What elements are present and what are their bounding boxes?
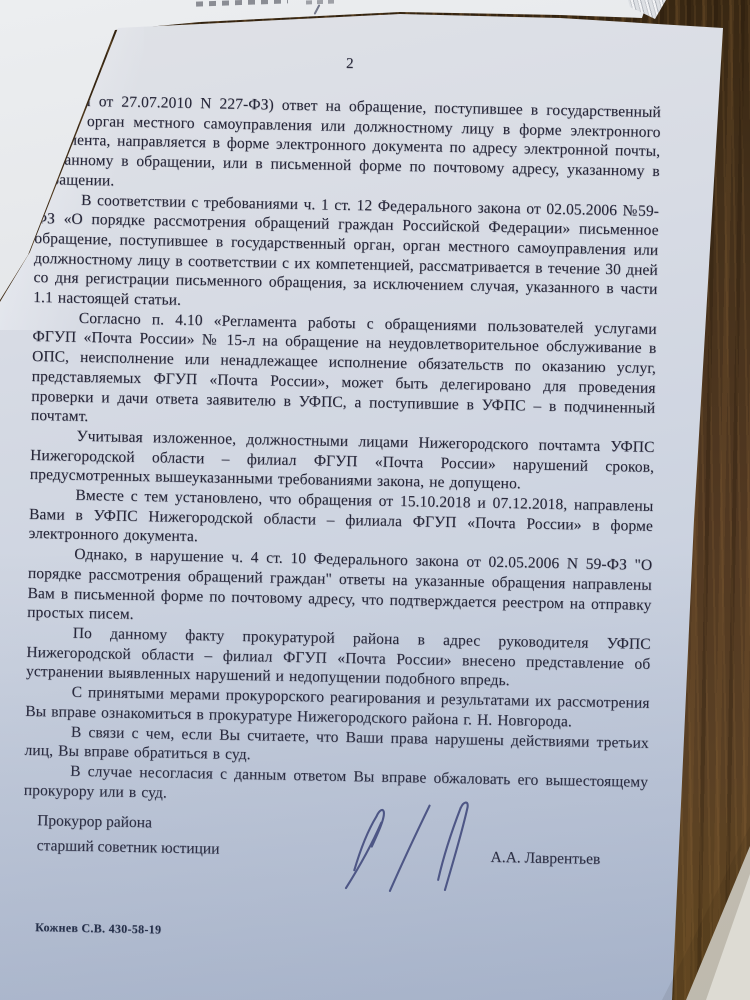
paragraph-8: С принятыми мерами прокурорского реагиро…	[25, 682, 650, 733]
document-text-layer: 2 законом от 27.07.2010 N 227-ФЗ) ответ …	[21, 50, 662, 947]
photo-scene: 2 законом от 27.07.2010 N 227-ФЗ) ответ …	[0, 0, 750, 1000]
cutoff-text-fragment	[196, 0, 288, 7]
paragraph-6: Однако, в нарушение ч. 4 ст. 10 Федераль…	[27, 544, 652, 635]
page-number: 2	[38, 50, 662, 79]
paragraph-10: В случае несогласия с данным ответом Вы …	[24, 761, 649, 812]
handwritten-signature	[340, 792, 502, 913]
signer-name: А.А. Лаврентьев	[490, 849, 600, 869]
paragraph-9: В связи с чем, если Вы считаете, что Ваш…	[24, 721, 649, 772]
paragraph-2: В соответствии с требованиями ч. 1 ст. 1…	[33, 189, 659, 319]
cutoff-text-fragment	[306, 0, 336, 5]
pen-stray-mark	[314, 4, 321, 15]
document-page: 2 законом от 27.07.2010 N 227-ФЗ) ответ …	[0, 0, 750, 1000]
paragraphs: законом от 27.07.2010 N 227-ФЗ) ответ на…	[24, 91, 662, 812]
paragraph-5: Вместе с тем установлено, что обращения …	[29, 485, 654, 556]
signature-block: Прокурор района старший советник юстиции…	[22, 812, 648, 920]
executor-footer: Кожнев С.В. 430-58-19	[35, 920, 645, 947]
paragraph-7: По данному факту прокуратурой района в а…	[26, 623, 651, 694]
paragraph-1: законом от 27.07.2010 N 227-ФЗ) ответ на…	[35, 91, 661, 201]
paragraph-4: Учитывая изложенное, должностными лицами…	[30, 426, 655, 497]
signer-position-line1: Прокурор района	[37, 812, 152, 832]
paragraph-3: Согласно п. 4.10 «Регламента работы с об…	[31, 308, 657, 438]
signer-position-line2: старший советник юстиции	[37, 837, 220, 859]
